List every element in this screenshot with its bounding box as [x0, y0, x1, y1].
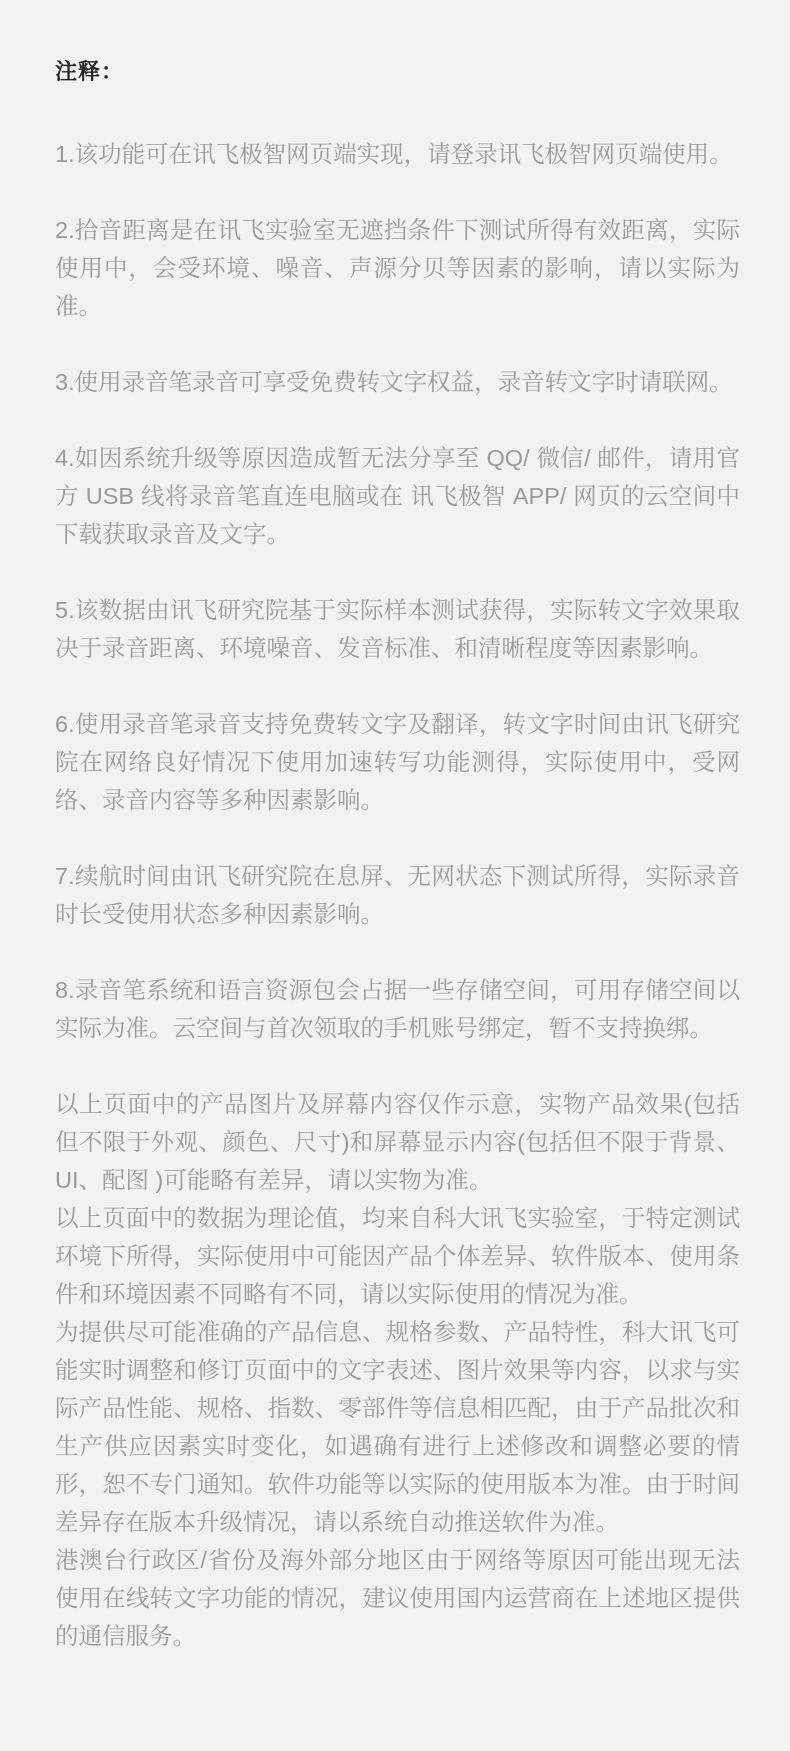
note-item-5: 5.该数据由讯飞研究院基于实际样本测试获得，实际转文字效果取决于录音距离、环境噪… — [55, 591, 740, 667]
note-item-4: 4.如因系统升级等原因造成暂无法分享至 QQ/ 微信/ 邮件，请用官方 USB … — [55, 439, 740, 553]
disclaimer-paragraph-2: 以上页面中的数据为理论值，均来自科大讯飞实验室，于特定测试环境下所得，实际使用中… — [55, 1199, 740, 1313]
disclaimer-paragraph-3: 为提供尽可能准确的产品信息、规格参数、产品特性，科大讯飞可能实时调整和修订页面中… — [55, 1313, 740, 1541]
note-item-3: 3.使用录音笔录音可享受免费转文字权益，录音转文字时请联网。 — [55, 363, 740, 401]
note-item-1: 1.该功能可在讯飞极智网页端实现，请登录讯飞极智网页端使用。 — [55, 135, 740, 173]
notes-heading: 注释： — [55, 57, 740, 87]
product-notes-page: 注释： 1.该功能可在讯飞极智网页端实现，请登录讯飞极智网页端使用。 2.拾音距… — [0, 0, 790, 1751]
disclaimer-paragraph-1: 以上页面中的产品图片及屏幕内容仅作示意，实物产品效果(包括但不限于外观、颜色、尺… — [55, 1085, 740, 1199]
disclaimer-paragraph-4: 港澳台行政区/省份及海外部分地区由于网络等原因可能出现无法使用在线转文字功能的情… — [55, 1541, 740, 1655]
note-item-2: 2.拾音距离是在讯飞实验室无遮挡条件下测试所得有效距离，实际使用中，会受环境、噪… — [55, 211, 740, 325]
disclaimer-block: 以上页面中的产品图片及屏幕内容仅作示意，实物产品效果(包括但不限于外观、颜色、尺… — [55, 1085, 740, 1655]
note-item-6: 6.使用录音笔录音支持免费转文字及翻译，转文字时间由讯飞研究院在网络良好情况下使… — [55, 705, 740, 819]
note-item-7: 7.续航时间由讯飞研究院在息屏、无网状态下测试所得，实际录音时长受使用状态多种因… — [55, 857, 740, 933]
note-item-8: 8.录音笔系统和语言资源包会占据一些存储空间，可用存储空间以实际为准。云空间与首… — [55, 971, 740, 1047]
